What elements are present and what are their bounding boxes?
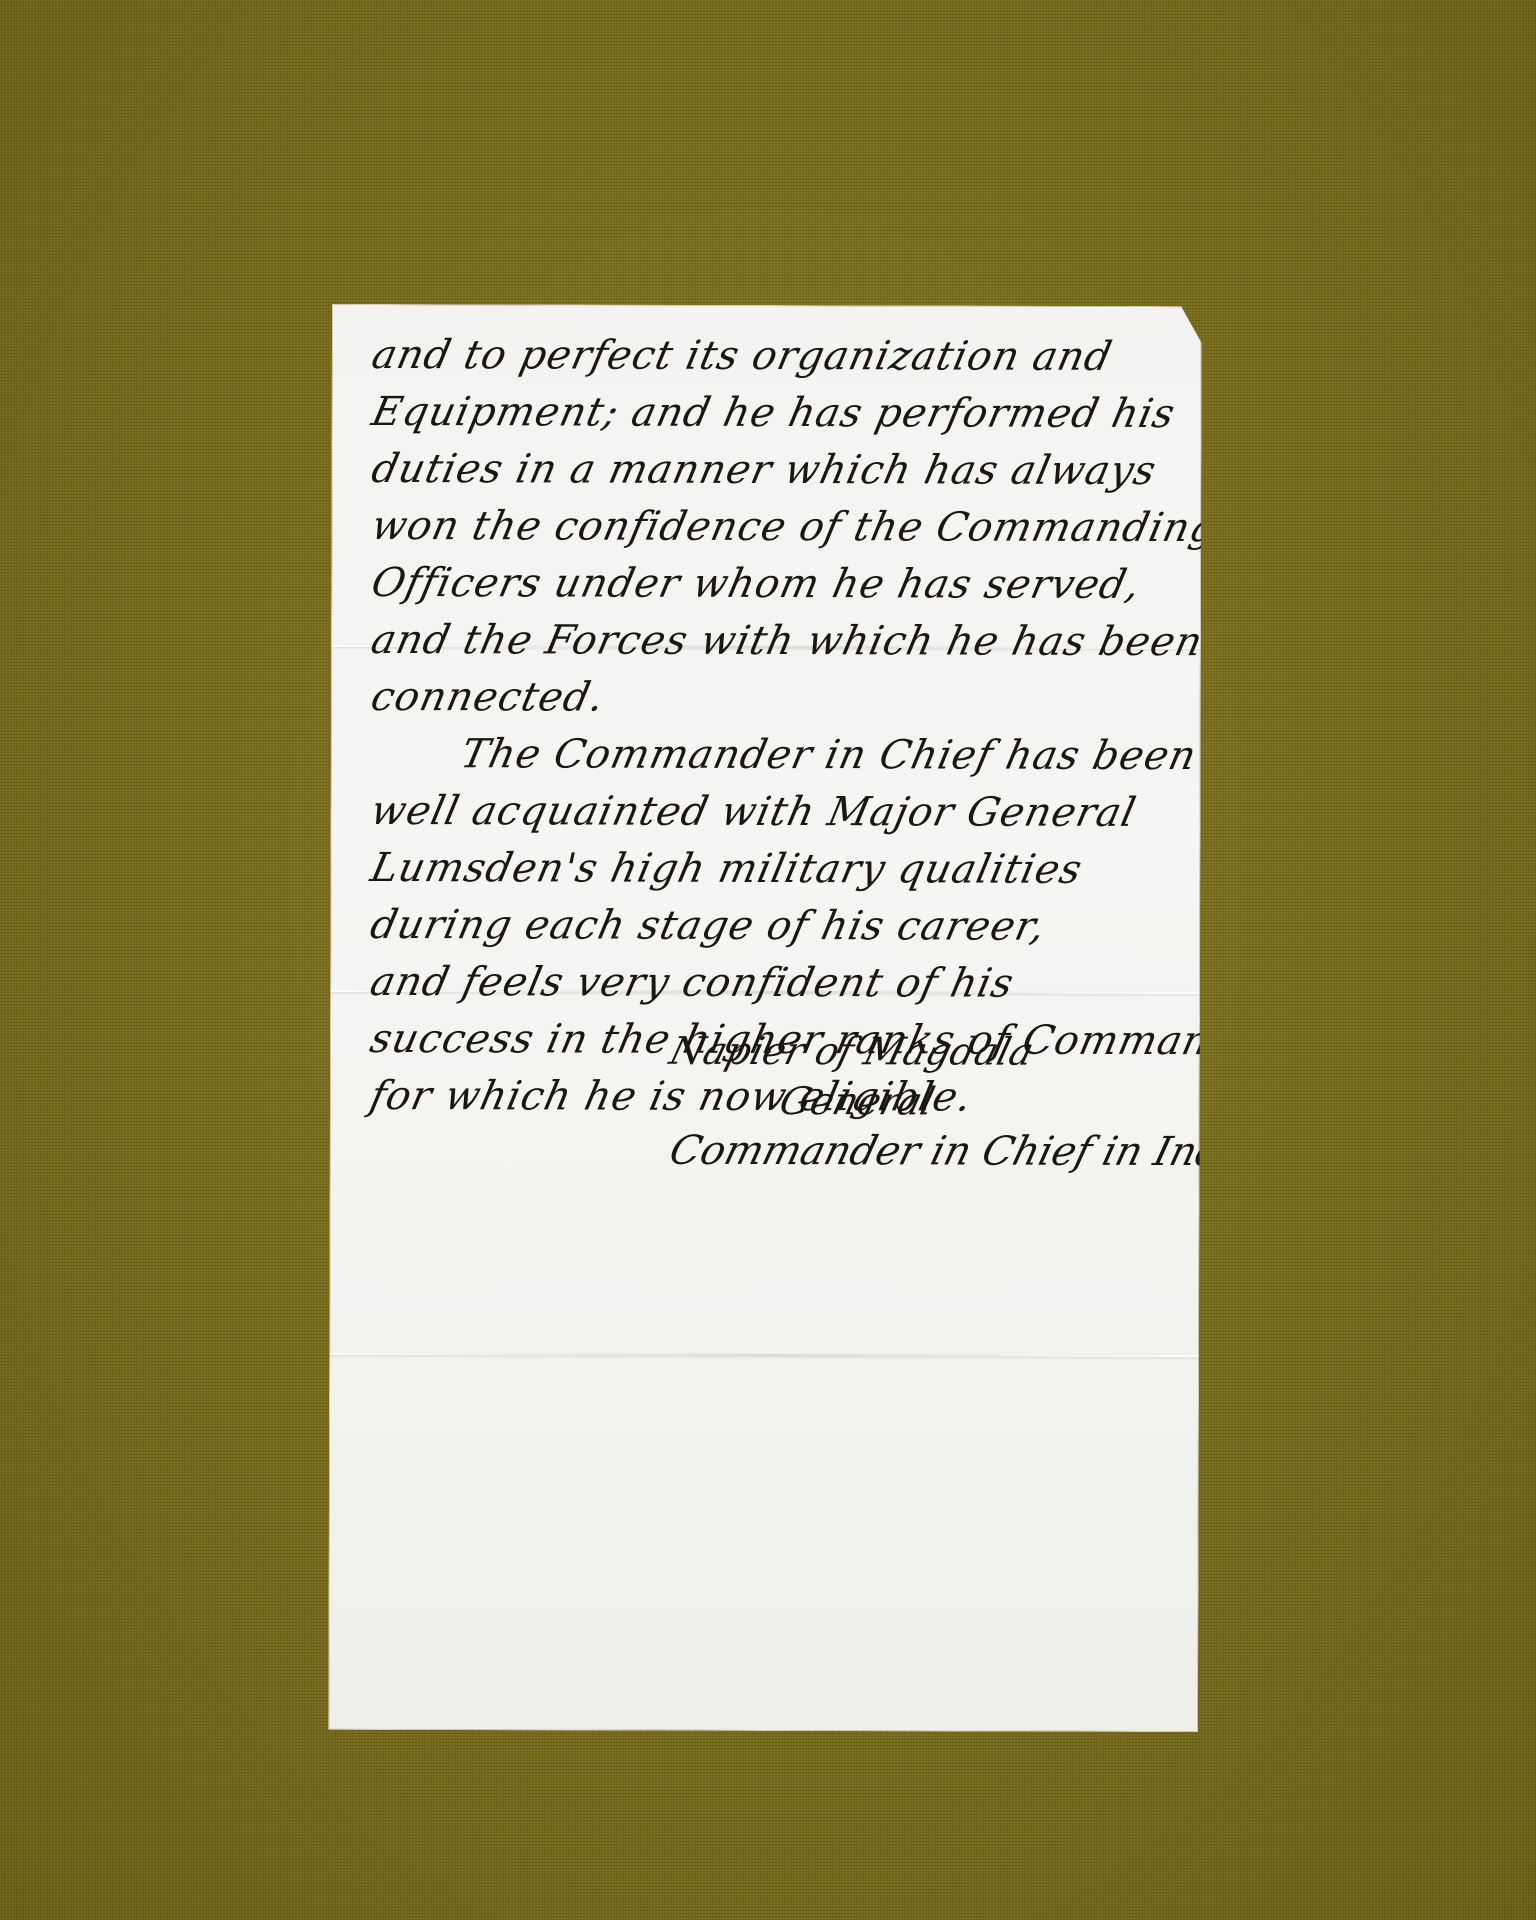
text-line: Officers under whom he has served,	[366, 555, 1178, 614]
text-line: and feels very confident of his	[365, 954, 1177, 1013]
signature-rank: General	[664, 1076, 1265, 1128]
signature-title: Commander in Chief in India	[664, 1126, 1265, 1178]
text-line: Lumsden's high military qualities	[365, 840, 1177, 899]
signature-name: Napier of Magdala	[665, 1026, 1266, 1078]
fold-crease	[330, 1353, 1198, 1357]
text-line: during each stage of his career,	[365, 897, 1177, 956]
text-line: and the Forces with which he has been	[366, 612, 1178, 671]
text-line: connected.	[366, 669, 1178, 728]
text-line: and to perfect its organization and	[367, 327, 1179, 386]
paragraph-1: and to perfect its organization and Equi…	[372, 327, 1173, 728]
letter-page: and to perfect its organization and Equi…	[328, 304, 1202, 1732]
letter-body: and to perfect its organization and Equi…	[371, 327, 1173, 1127]
text-line: well acquainted with Major General	[365, 783, 1177, 842]
text-line: The Commander in Chief has been	[366, 726, 1178, 785]
signature-block: Napier of Magdala General Commander in C…	[671, 1026, 1259, 1178]
text-line: duties in a manner which has always	[366, 441, 1178, 500]
text-line: won the confidence of the Commanding	[366, 498, 1178, 557]
text-line: Equipment; and he has performed his	[366, 384, 1178, 443]
